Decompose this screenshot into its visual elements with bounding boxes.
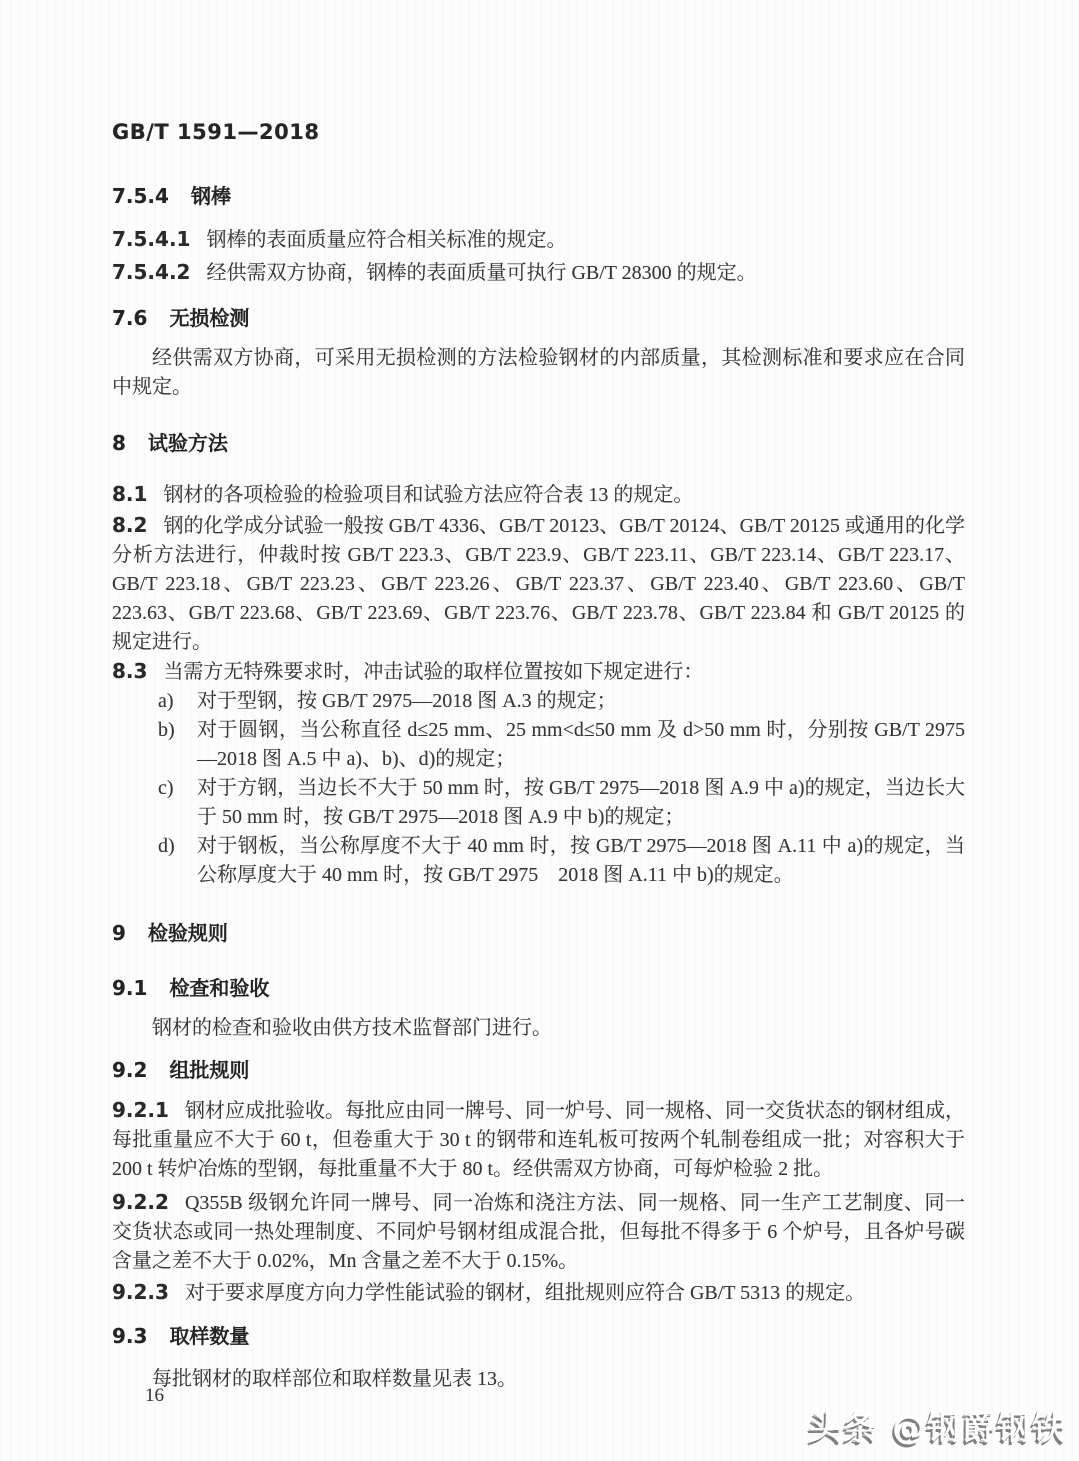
section-heading-9-2: 9.2组批规则 <box>112 1056 965 1085</box>
section-heading-7-5-4: 7.5.4钢棒 <box>112 182 965 211</box>
list-marker: c) <box>158 774 197 832</box>
list-item-d: d) 对于钢板，当公称厚度不大于 40 mm 时，按 GB/T 2975—201… <box>112 832 965 890</box>
clause-8-1: 8.1钢材的各项检验的检验项目和试验方法应符合表 13 的规定。 <box>112 480 965 510</box>
clause-8-2: 8.2钢的化学成分试验一般按 GB/T 4336、GB/T 20123、GB/T… <box>112 511 965 657</box>
list-item-c: c) 对于方钢，当边长不大于 50 mm 时，按 GB/T 2975—2018 … <box>112 774 965 832</box>
clause-number: 7.5.4.1 <box>112 227 190 251</box>
list-item-text: 对于型钢，按 GB/T 2975—2018 图 A.3 的规定； <box>197 687 965 716</box>
section-heading-9-3: 9.3取样数量 <box>112 1322 965 1351</box>
clause-text: Q355B 级钢允许同一牌号、同一冶炼和浇注方法、同一规格、同一生产工艺制度、同… <box>112 1192 965 1272</box>
list-marker: a) <box>158 687 197 716</box>
standard-number-header: GB/T 1591—2018 <box>112 118 965 147</box>
heading-number: 7.6 <box>112 306 147 330</box>
paragraph-9-3: 每批钢材的取样部位和取样数量见表 13。 <box>112 1365 965 1394</box>
section-heading-9-1: 9.1检查和验收 <box>112 974 965 1003</box>
clause-text: 钢棒的表面质量应符合相关标准的规定。 <box>206 229 566 251</box>
clause-9-2-3: 9.2.3对于要求厚度方向力学性能试验的钢材，组批规则应符合 GB/T 5313… <box>112 1278 965 1308</box>
section-heading-8: 8试验方法 <box>112 429 965 458</box>
heading-number: 7.5.4 <box>112 184 169 208</box>
heading-number: 9.3 <box>112 1324 147 1348</box>
clause-number: 9.2.1 <box>112 1098 169 1122</box>
heading-title: 组批规则 <box>169 1058 249 1082</box>
clause-text: 钢的化学成分试验一般按 GB/T 4336、GB/T 20123、GB/T 20… <box>112 515 965 653</box>
list-marker: d) <box>158 832 197 890</box>
clause-9-2-1: 9.2.1钢材应成批验收。每批应由同一牌号、同一炉号、同一规格、同一交货状态的钢… <box>112 1096 965 1184</box>
clause-number: 8.3 <box>112 659 147 683</box>
list-marker: b) <box>158 716 197 774</box>
list-item-a: a) 对于型钢，按 GB/T 2975—2018 图 A.3 的规定； <box>112 687 965 716</box>
section-heading-9: 9检验规则 <box>112 919 965 948</box>
clause-text: 对于要求厚度方向力学性能试验的钢材，组批规则应符合 GB/T 5313 的规定。 <box>185 1282 865 1304</box>
heading-title: 无损检测 <box>169 306 249 330</box>
heading-title: 检查和验收 <box>169 976 269 1000</box>
clause-text: 钢材的各项检验的检验项目和试验方法应符合表 13 的规定。 <box>163 484 693 506</box>
document-page: GB/T 1591—2018 7.5.4钢棒 7.5.4.1钢棒的表面质量应符合… <box>0 0 1079 1461</box>
list-item-b: b) 对于圆钢，当公称直径 d≤25 mm、25 mm<d≤50 mm 及 d>… <box>112 716 965 774</box>
section-heading-7-6: 7.6无损检测 <box>112 304 965 333</box>
list-item-text: 对于方钢，当边长不大于 50 mm 时，按 GB/T 2975—2018 图 A… <box>197 774 965 832</box>
heading-title: 试验方法 <box>148 431 228 455</box>
clause-7-5-4-2: 7.5.4.2经供需双方协商，钢棒的表面质量可执行 GB/T 28300 的规定… <box>112 258 965 288</box>
clause-text: 钢材应成批验收。每批应由同一牌号、同一炉号、同一规格、同一交货状态的钢材组成，每… <box>112 1100 965 1180</box>
clause-text: 当需方无特殊要求时，冲击试验的取样位置按如下规定进行： <box>163 661 703 683</box>
clause-number: 8.1 <box>112 482 147 506</box>
list-item-text: 对于钢板，当公称厚度不大于 40 mm 时，按 GB/T 2975—2018 图… <box>197 832 965 890</box>
clause-9-2-2: 9.2.2Q355B 级钢允许同一牌号、同一冶炼和浇注方法、同一规格、同一生产工… <box>112 1188 965 1276</box>
clause-7-5-4-1: 7.5.4.1钢棒的表面质量应符合相关标准的规定。 <box>112 225 965 255</box>
clause-number: 8.2 <box>112 513 147 537</box>
clause-number: 7.5.4.2 <box>112 260 190 284</box>
clause-number: 9.2.3 <box>112 1280 169 1304</box>
heading-number: 9.2 <box>112 1058 147 1082</box>
page-number: 16 <box>145 1385 164 1407</box>
page-content: GB/T 1591—2018 7.5.4钢棒 7.5.4.1钢棒的表面质量应符合… <box>112 118 965 1394</box>
heading-number: 9.1 <box>112 976 147 1000</box>
paragraph-7-6: 经供需双方协商，可采用无损检测的方法检验钢材的内部质量，其检测标准和要求应在合同… <box>112 344 965 402</box>
watermark-toutiao-gangjue: 头条 @钢爵钢铁 <box>809 1402 1068 1449</box>
clause-8-3: 8.3当需方无特殊要求时，冲击试验的取样位置按如下规定进行： <box>112 657 965 687</box>
heading-title: 钢棒 <box>191 184 231 208</box>
clause-number: 9.2.2 <box>112 1190 169 1214</box>
paragraph-9-1: 钢材的检查和验收由供方技术监督部门进行。 <box>112 1014 965 1043</box>
list-item-text: 对于圆钢，当公称直径 d≤25 mm、25 mm<d≤50 mm 及 d>50 … <box>197 716 965 774</box>
heading-number: 9 <box>112 921 126 945</box>
heading-title: 检验规则 <box>148 921 228 945</box>
heading-number: 8 <box>112 431 126 455</box>
heading-title: 取样数量 <box>169 1324 249 1348</box>
clause-text: 经供需双方协商，钢棒的表面质量可执行 GB/T 28300 的规定。 <box>206 262 756 284</box>
